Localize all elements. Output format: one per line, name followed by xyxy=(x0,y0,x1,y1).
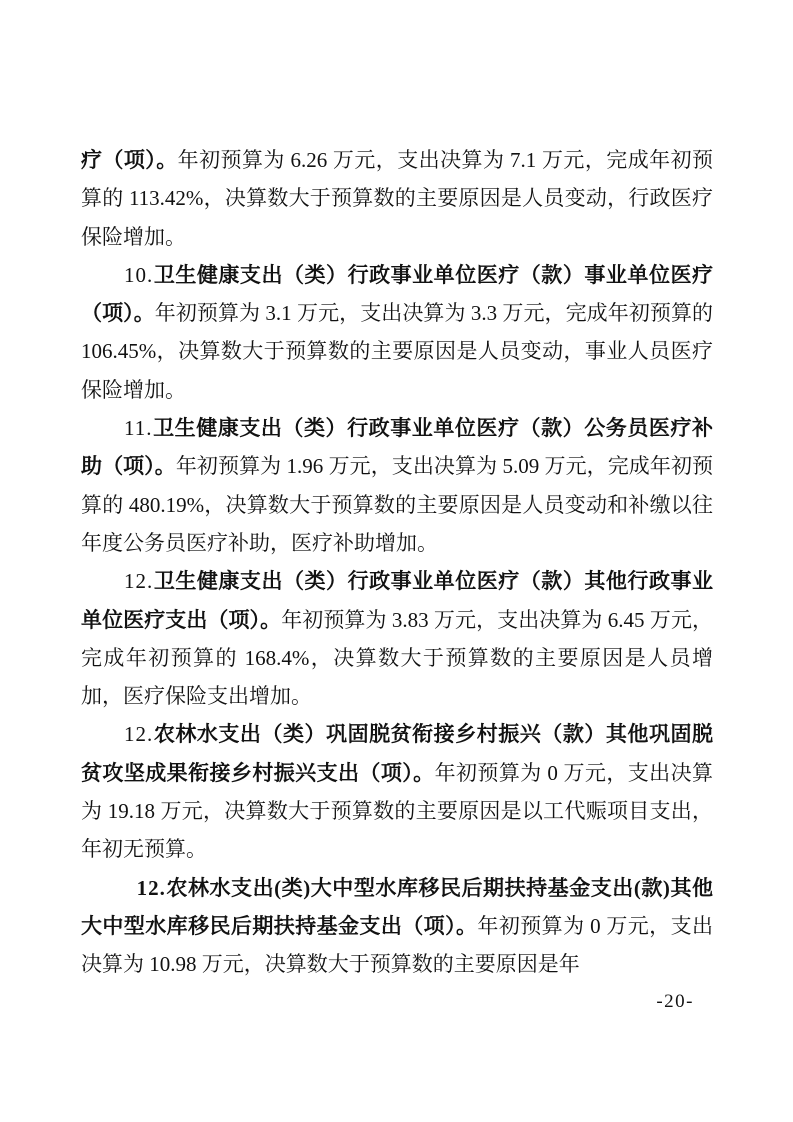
paragraph: 11.卫生健康支出（类）行政事业单位医疗（款）公务员医疗补助（项）。年初预算为 … xyxy=(81,409,713,562)
paragraph-number: 12. xyxy=(137,876,166,900)
paragraph: 疗（项）。年初预算为 6.26 万元，支出决算为 7.1 万元，完成年初预算的 … xyxy=(81,141,713,256)
paragraph-number: 11. xyxy=(124,416,152,440)
document-page: 疗（项）。年初预算为 6.26 万元，支出决算为 7.1 万元，完成年初预算的 … xyxy=(0,0,793,1122)
paragraph-body: 年初预算为 1.96 万元，支出决算为 5.09 万元，完成年初预算的 480.… xyxy=(81,454,713,555)
paragraph-lead: 疗（项）。 xyxy=(81,148,178,172)
paragraph: 12.农林水支出(类)大中型水库移民后期扶持基金支出(款)其他大中型水库移民后期… xyxy=(81,869,713,984)
page-number: -20- xyxy=(656,991,694,1013)
paragraph: 10.卫生健康支出（类）行政事业单位医疗（款）事业单位医疗（项）。年初预算为 3… xyxy=(81,256,713,409)
paragraph-number: 10. xyxy=(124,263,153,287)
paragraph: 12.卫生健康支出（类）行政事业单位医疗（款）其他行政事业单位医疗支出（项）。年… xyxy=(81,562,713,715)
paragraph-number: 12. xyxy=(124,569,153,593)
paragraph: 12.农林水支出（类）巩固脱贫衔接乡村振兴（款）其他巩固脱贫攻坚成果衔接乡村振兴… xyxy=(81,715,713,868)
document-body: 疗（项）。年初预算为 6.26 万元，支出决算为 7.1 万元，完成年初预算的 … xyxy=(81,141,713,984)
paragraph-number: 12. xyxy=(124,722,153,746)
paragraph-body: 年初预算为 3.1 万元，支出决算为 3.3 万元，完成年初预算的 106.45… xyxy=(81,301,713,402)
